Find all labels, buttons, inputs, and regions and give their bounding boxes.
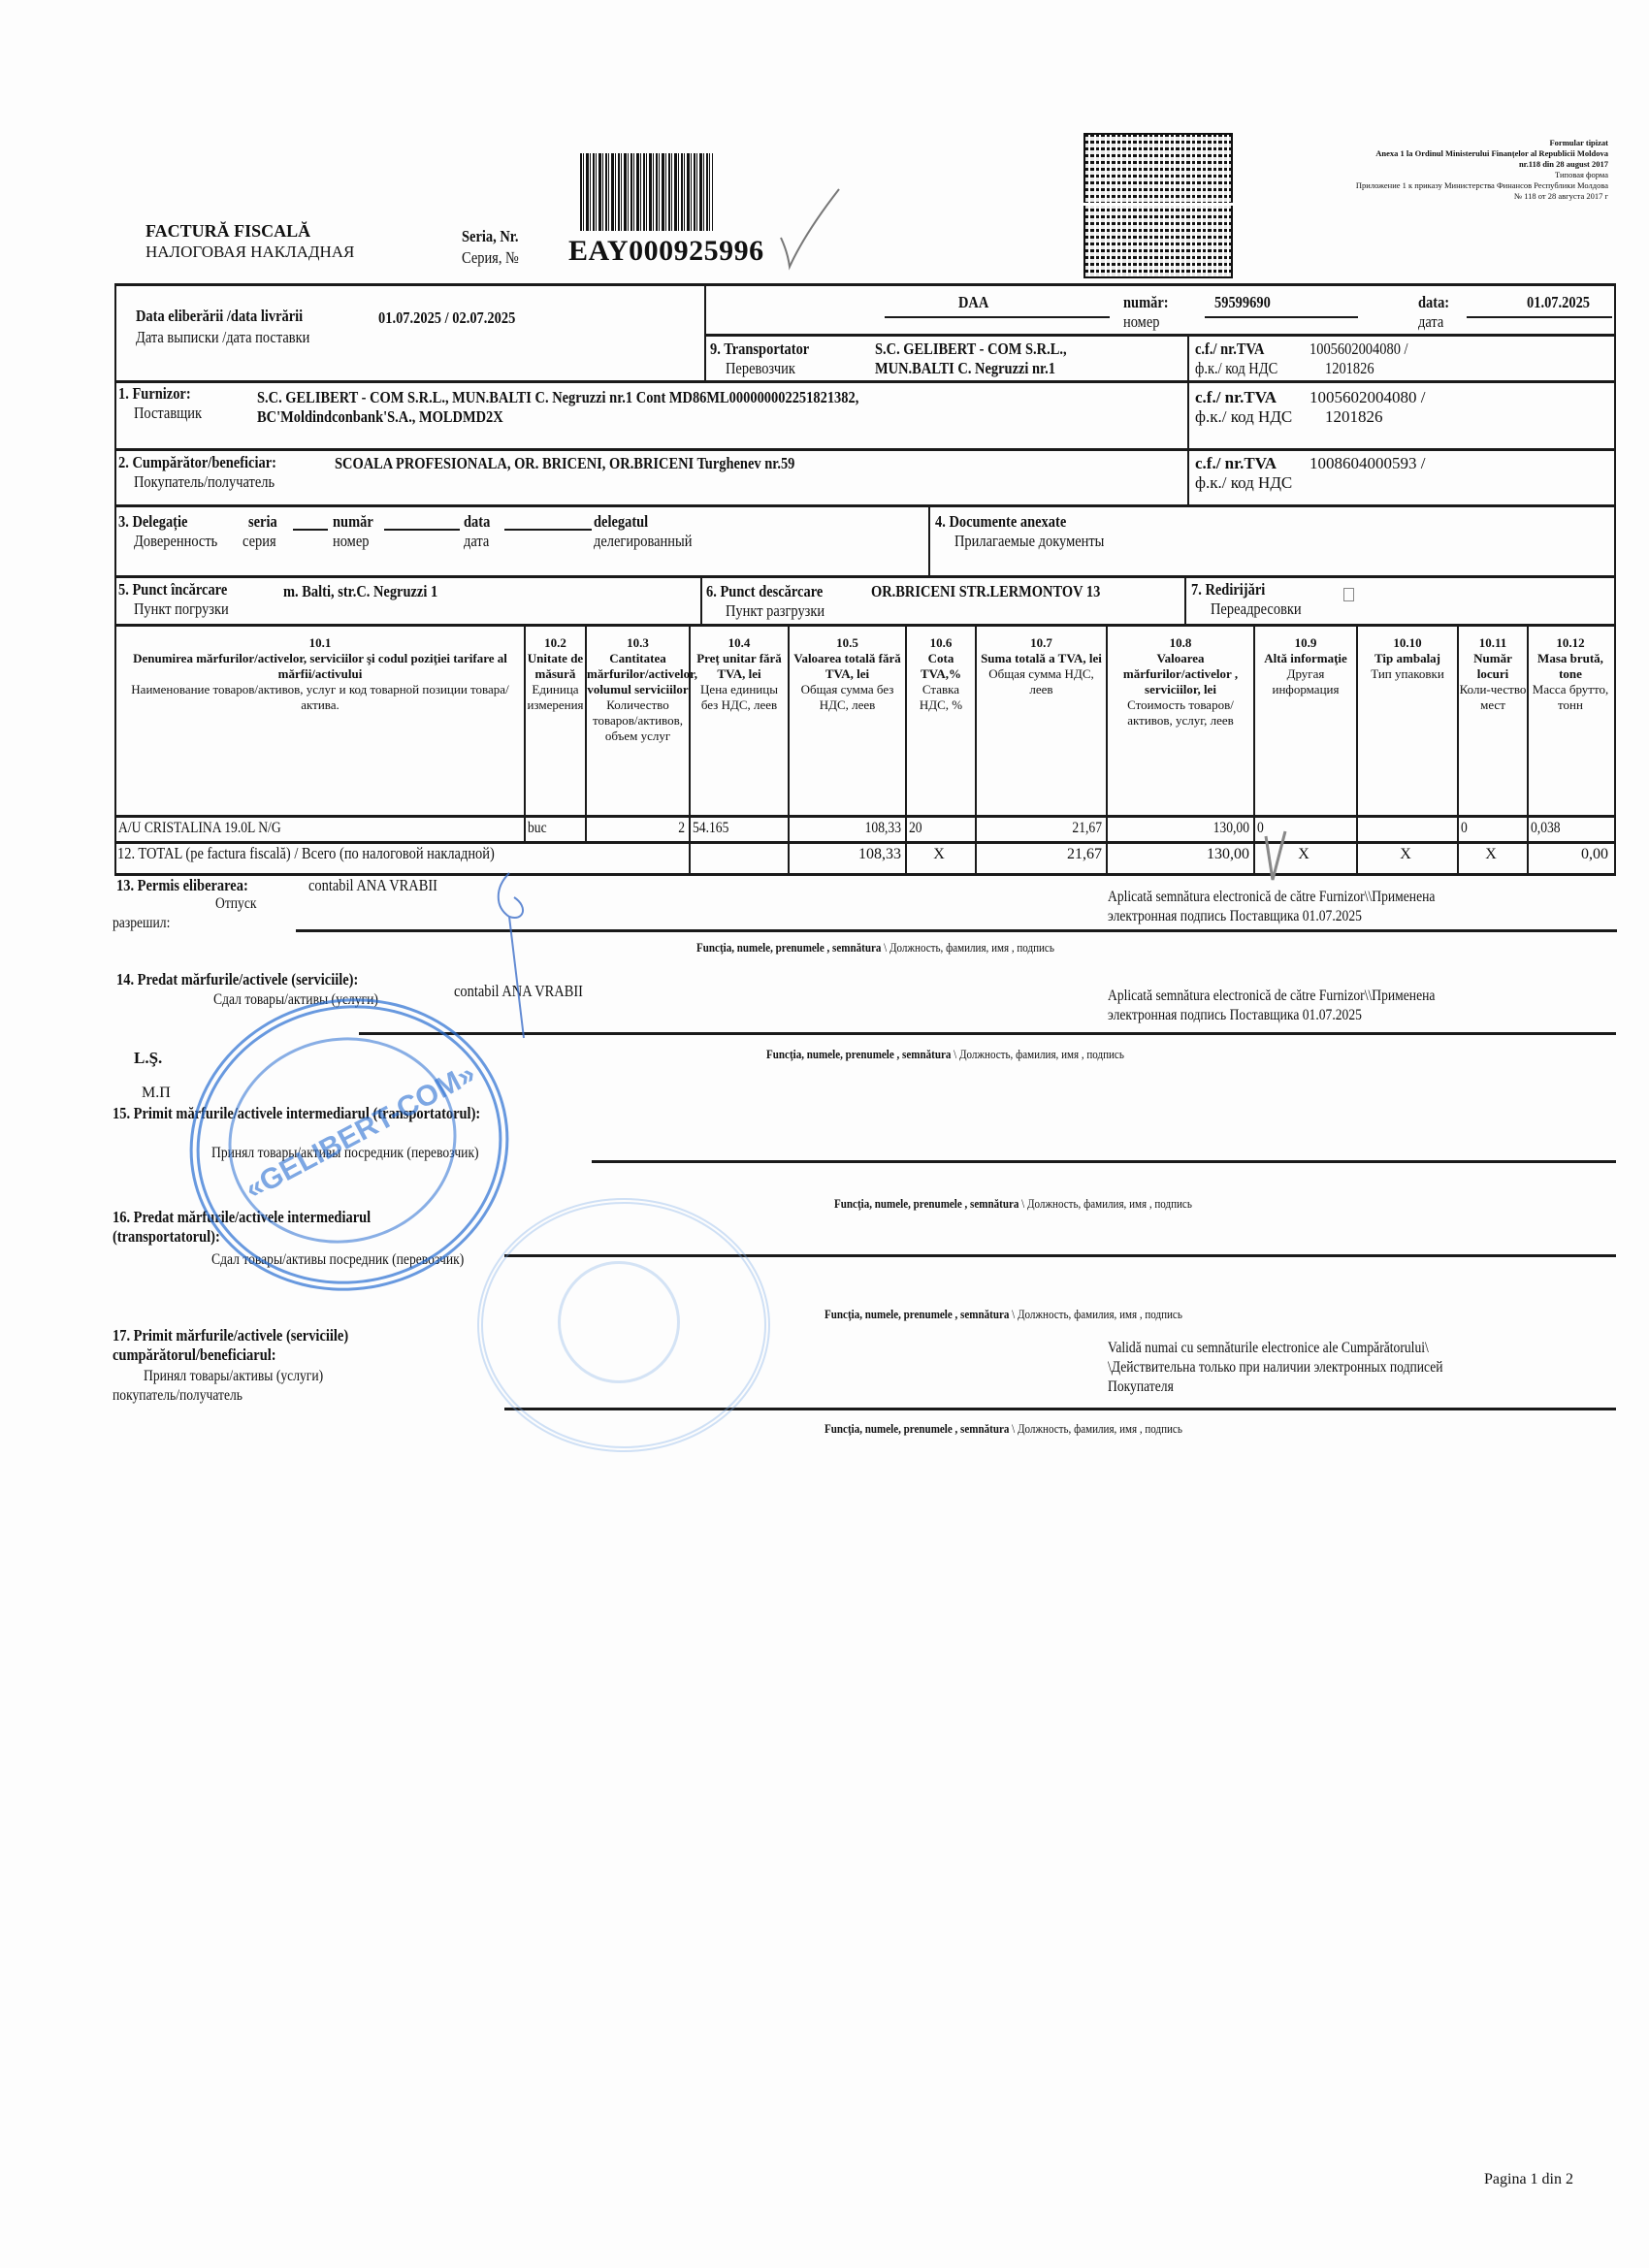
s17-label: 17. Primit mărfurile/activele (serviciil… xyxy=(113,1326,348,1345)
s17-esign2: \Действительна только при наличии электр… xyxy=(1108,1359,1443,1377)
transporter-address: MUN.BALTI C. Negruzzi nr.1 xyxy=(875,359,1055,378)
column-number: 10.4 xyxy=(691,635,788,651)
redirect-label-ru: Переадресовки xyxy=(1211,599,1302,619)
qr-divider xyxy=(1083,203,1233,206)
column-number: 10.8 xyxy=(1108,635,1253,651)
column-title: Preț unitar fără TVA, lei xyxy=(691,651,788,682)
loading-label: 5. Punct încărcare xyxy=(118,580,227,599)
form-ref-line: Anexa 1 la Ordinul Ministerului Finanțel… xyxy=(1356,148,1608,159)
column-title: Suma totală a TVA, lei xyxy=(977,651,1106,666)
annexes-label: 4. Documente anexate xyxy=(935,512,1066,532)
total-mass: 0,00 xyxy=(1529,846,1608,863)
barcode-icon xyxy=(580,153,713,231)
redirect-label: 7. Redirijări xyxy=(1191,580,1265,599)
s17-esign3: Покупателя xyxy=(1108,1378,1174,1396)
column-header: 10.4Preț unitar fără TVA, leiЦена единиц… xyxy=(691,635,788,713)
s14-func-label: Funcţia, numele, prenumele , semnătura \… xyxy=(766,1047,1124,1062)
cell-unit-price: 54.165 xyxy=(693,820,728,837)
qr-code-icon xyxy=(1083,133,1233,278)
series-label-ru: Серия, № xyxy=(462,248,519,268)
column-header: 10.1Denumirea mărfurilor/activelor, serv… xyxy=(116,635,524,713)
transporter-cf-label: c.f./ nr.TVA xyxy=(1195,340,1264,359)
supplier-cf-label: c.f./ nr.TVA xyxy=(1195,388,1277,407)
form-ref-line: Formular tipizat xyxy=(1356,138,1608,148)
buyer-stamp-inner xyxy=(558,1261,680,1383)
column-header: 10.9Altă informaţieДругая информация xyxy=(1255,635,1356,697)
buyer-cf-label: c.f./ nr.TVA xyxy=(1195,454,1277,473)
total-vat-sum: 21,67 xyxy=(977,846,1102,863)
delegation-numar: număr xyxy=(333,512,373,532)
supplier-cf-label-ru: ф.к./ код НДС xyxy=(1195,407,1292,427)
s13-label-ru2: разрешил: xyxy=(113,915,170,932)
total-pack: X xyxy=(1358,846,1453,863)
document-title: FACTURĂ FISCALĂ xyxy=(145,221,310,242)
delegation-seria: seria xyxy=(248,512,277,532)
buyer-label-ru: Покупатель/получатель xyxy=(134,472,275,492)
delegation-data-ru: дата xyxy=(464,532,489,551)
daa-number: 59599690 xyxy=(1214,293,1271,312)
cell-value: 130,00 xyxy=(1129,820,1249,837)
unloading-label-ru: Пункт разгрузки xyxy=(726,601,824,621)
column-title-ru: Общая сумма НДС, леев xyxy=(977,666,1106,697)
transporter-name: S.C. GELIBERT - COM S.R.L., xyxy=(875,340,1067,359)
column-title-ru: Цена единицы без НДС, леев xyxy=(691,682,788,713)
column-title: Denumirea mărfurilor/activelor, servicii… xyxy=(116,651,524,682)
column-title: Masa brută, tone xyxy=(1529,651,1612,682)
form-reference: Formular tipizat Anexa 1 la Ordinul Mini… xyxy=(1356,138,1608,202)
column-title: Cantitatea mărfurilor/activelor, volumul… xyxy=(587,651,689,697)
delegation-numar-ru: номер xyxy=(333,532,369,551)
redirect-checkbox[interactable] xyxy=(1343,588,1354,601)
s13-esign: Aplicată semnătura electronică de către … xyxy=(1108,888,1454,926)
cell-unit: buc xyxy=(528,820,547,837)
transporter-cf-value: 1005602004080 / xyxy=(1309,340,1408,359)
stamp-place-label: L.Ş. xyxy=(134,1049,162,1068)
column-header: 10.2Unitate de măsurăЕдиница измерения xyxy=(526,635,585,713)
form-ref-line: nr.118 din 28 august 2017 xyxy=(1356,159,1608,170)
column-header: 10.12Masa brută, toneМасса брутто, тонн xyxy=(1529,635,1612,713)
column-title: Cota TVA,% xyxy=(907,651,975,682)
document-title-ru: НАЛОГОВАЯ НАКЛАДНАЯ xyxy=(145,243,354,262)
s17-func-label: Funcţia, numele, prenumele , semnătura \… xyxy=(824,1421,1182,1437)
column-number: 10.1 xyxy=(116,635,524,651)
series-number: EAY000925996 xyxy=(568,235,764,268)
buyer-value: SCOALA PROFESIONALA, OR. BRICENI, OR.BRI… xyxy=(335,454,794,473)
total-places: X xyxy=(1459,846,1523,863)
supplier-label: 1. Furnizor: xyxy=(118,384,191,404)
daa-label: DAA xyxy=(958,293,988,312)
supplier-cf-value: 1005602004080 / xyxy=(1309,388,1425,407)
column-title-ru: Наименование товаров/активов, услуг и ко… xyxy=(116,682,524,713)
dates-value: 01.07.2025 / 02.07.2025 xyxy=(378,308,515,328)
s13-value: contabil ANA VRABII xyxy=(308,876,437,895)
form-ref-line: № 118 от 28 августа 2017 г xyxy=(1356,191,1608,202)
daa-date: 01.07.2025 xyxy=(1527,293,1590,312)
s13-func-label: Funcţia, numele, prenumele , semnătura \… xyxy=(696,940,1054,956)
column-header: 10.6Cota TVA,%Ставка НДС, % xyxy=(907,635,975,713)
daa-number-label-ru: номер xyxy=(1123,312,1159,332)
supplier-line2: BC'Moldindconbank'S.A., MOLDMD2X xyxy=(257,407,503,427)
cell-mass: 0,038 xyxy=(1531,820,1561,837)
column-number: 10.9 xyxy=(1255,635,1356,651)
delegation-delegat: delegatul xyxy=(594,512,648,532)
column-title-ru: Тип упаковки xyxy=(1358,666,1457,682)
loading-value: m. Balti, str.C. Negruzzi 1 xyxy=(283,582,437,601)
column-title-ru: Масса брутто, тонн xyxy=(1529,682,1612,713)
delegation-delegat-ru: делегированный xyxy=(594,532,692,551)
unloading-value: OR.BRICENI STR.LERMONTOV 13 xyxy=(871,582,1100,601)
column-title-ru: Общая сумма без НДС, леев xyxy=(790,682,905,713)
delegation-data: data xyxy=(464,512,490,532)
s17-label-ru1: Принял товары/активы (услуги) xyxy=(144,1368,323,1385)
unloading-label: 6. Punct descărcare xyxy=(706,582,823,601)
s16-func-label: Funcţia, numele, prenumele , semnătura \… xyxy=(824,1307,1182,1322)
daa-date-label-ru: дата xyxy=(1418,312,1443,332)
handwritten-tick-icon xyxy=(1261,826,1290,885)
column-header: 10.8Valoarea mărfurilor/activelor , serv… xyxy=(1108,635,1253,729)
handwritten-signature-icon xyxy=(490,868,548,1043)
column-number: 10.6 xyxy=(907,635,975,651)
total-total-no-vat: 108,33 xyxy=(790,846,901,863)
supplier-line1: S.C. GELIBERT - COM S.R.L., MUN.BALTI C.… xyxy=(257,388,858,407)
column-header: 10.11Număr locuriКоли-чество мест xyxy=(1459,635,1527,713)
total-vat-rate: X xyxy=(907,846,971,863)
s14-esign: Aplicată semnătura electronică de către … xyxy=(1108,987,1454,1025)
cell-vat-sum: 21,67 xyxy=(995,820,1102,837)
s14-label: 14. Predat mărfurile/activele (serviciil… xyxy=(116,970,358,989)
form-ref-line: Приложение 1 к приказу Министерства Фина… xyxy=(1356,180,1608,191)
column-number: 10.12 xyxy=(1529,635,1612,651)
stamp-place-label-ru: М.П xyxy=(142,1085,171,1102)
column-title-ru: Стоимость товаров/активов, услуг, леев xyxy=(1108,697,1253,729)
s16-label-2: (transportatorul): xyxy=(113,1227,220,1247)
page-indicator: Pagina 1 din 2 xyxy=(1484,2171,1573,2188)
column-title-ru: Другая информация xyxy=(1255,666,1356,697)
s17-label-ru2: покупатель/получатель xyxy=(113,1387,242,1405)
daa-date-label: data: xyxy=(1418,293,1449,312)
loading-label-ru: Пункт погрузки xyxy=(134,599,229,619)
daa-number-label: număr: xyxy=(1123,293,1169,312)
column-number: 10.5 xyxy=(790,635,905,651)
cell-vat-rate: 20 xyxy=(909,820,922,837)
cell-places: 0 xyxy=(1461,820,1468,837)
buyer-cf-value: 1008604000593 / xyxy=(1309,454,1425,473)
s17-label-2: cumpărătorul/beneficiarul: xyxy=(113,1345,276,1365)
column-title: Unitate de măsură xyxy=(526,651,585,682)
delegation-label: 3. Delegație xyxy=(118,512,187,532)
transporter-cf-label-ru: ф.к./ код НДС xyxy=(1195,359,1277,378)
s17-esign1: Validă numai cu semnăturile electronice … xyxy=(1108,1340,1429,1357)
delegation-seria-ru: серия xyxy=(242,532,276,551)
transporter-label-ru: Перевозчик xyxy=(726,359,795,378)
supplier-label-ru: Поставщик xyxy=(134,404,202,423)
column-header: 10.7Suma totală a TVA, leiОбщая сумма НД… xyxy=(977,635,1106,697)
delegation-label-ru: Доверенность xyxy=(134,532,217,551)
transporter-vat-code: 1201826 xyxy=(1325,359,1374,378)
column-number: 10.2 xyxy=(526,635,585,651)
buyer-cf-label-ru: ф.к./ код НДС xyxy=(1195,473,1292,493)
total-label: 12. TOTAL (pe factura fiscală) / Всего (… xyxy=(117,844,495,863)
annexes-label-ru: Прилагаемые документы xyxy=(954,532,1104,551)
buyer-label: 2. Cumpărător/beneficiar: xyxy=(118,453,276,472)
column-number: 10.10 xyxy=(1358,635,1457,651)
supplier-vat-code: 1201826 xyxy=(1325,407,1383,427)
column-title: Număr locuri xyxy=(1459,651,1527,682)
column-title-ru: Ставка НДС, % xyxy=(907,682,975,713)
cell-name: A/U CRISTALINA 19.0L N/G xyxy=(118,820,281,837)
series-label: Seria, Nr. xyxy=(462,227,518,246)
dates-label: Data eliberării /data livrării xyxy=(136,307,303,326)
transporter-label: 9. Transportator xyxy=(710,340,809,359)
column-header: 10.10Tip ambalajТип упаковки xyxy=(1358,635,1457,682)
column-header: 10.5Valoarea totală fără TVA, leiОбщая с… xyxy=(790,635,905,713)
column-title: Valoarea mărfurilor/activelor , servicii… xyxy=(1108,651,1253,697)
column-title: Altă informaţie xyxy=(1255,651,1356,666)
cell-qty: 2 xyxy=(601,820,685,837)
s13-label-ru1: Отпуск xyxy=(215,895,256,913)
s15-func-label: Funcţia, numele, prenumele , semnătura \… xyxy=(834,1196,1192,1212)
column-title-ru: Коли-чество мест xyxy=(1459,682,1527,713)
column-title-ru: Единица измерения xyxy=(526,682,585,713)
handwritten-check-icon xyxy=(776,184,844,272)
column-title: Valoarea totală fără TVA, lei xyxy=(790,651,905,682)
column-title-ru: Количество товаров/активов, объем услуг xyxy=(587,697,689,744)
cell-total-no-vat: 108,33 xyxy=(806,820,901,837)
column-number: 10.11 xyxy=(1459,635,1527,651)
column-number: 10.3 xyxy=(587,635,689,651)
column-number: 10.7 xyxy=(977,635,1106,651)
column-title: Tip ambalaj xyxy=(1358,651,1457,666)
dates-label-ru: Дата выписки /дата поставки xyxy=(136,328,309,347)
s13-label: 13. Permis eliberarea: xyxy=(116,876,248,895)
total-value: 130,00 xyxy=(1108,846,1249,863)
form-ref-line: Типовая форма xyxy=(1356,170,1608,180)
column-header: 10.3Cantitatea mărfurilor/activelor, vol… xyxy=(587,635,689,744)
